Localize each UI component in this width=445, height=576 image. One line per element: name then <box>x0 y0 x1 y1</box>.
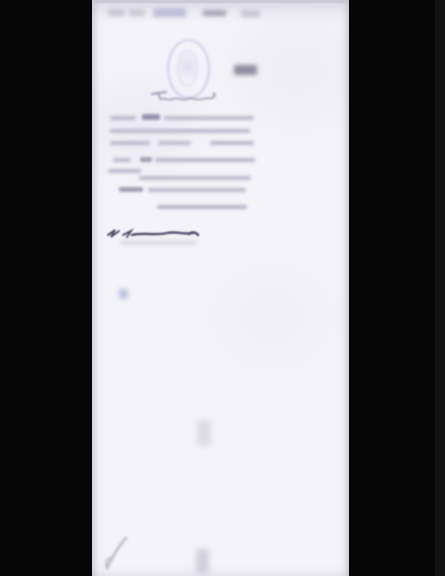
photo-of-document: { "theme": { "backdrop": "#070707", "bac… <box>0 0 445 576</box>
embossed-seal-inner <box>177 50 198 86</box>
script-heading-word <box>158 93 215 100</box>
paragraph-line-3a <box>110 141 150 145</box>
paragraph-line-5 <box>108 169 141 173</box>
script-heading <box>150 88 220 106</box>
faded-header-mark-3 <box>153 8 186 17</box>
pencil-check-stroke <box>107 538 126 568</box>
paragraph-line-1a <box>110 116 136 120</box>
paragraph-line-4b <box>140 157 152 162</box>
paragraph-line-2 <box>110 129 250 133</box>
signature-stroke <box>132 232 193 235</box>
paragraph-line-1c <box>164 116 254 120</box>
faint-smudge-middle <box>197 420 211 446</box>
signature-shadow-line <box>120 241 196 244</box>
faded-header-mark-2 <box>129 9 145 16</box>
faint-smudge-bottom <box>196 549 209 574</box>
paragraph-line-7b <box>148 188 246 192</box>
signature-initials <box>108 230 119 237</box>
paragraph-line-1b <box>142 114 160 120</box>
signature-initials-2 <box>123 231 131 237</box>
paragraph-line-3c <box>210 141 254 145</box>
paragraph-line-6 <box>139 176 251 180</box>
paragraph-line-7a <box>119 187 143 192</box>
paragraph-line-4c <box>155 158 255 162</box>
faded-header-mark-1 <box>108 9 125 16</box>
paragraph-closing-line <box>157 205 247 209</box>
handwritten-signature <box>105 225 201 241</box>
pencil-check-mark <box>102 534 130 572</box>
paragraph-line-4a <box>113 158 131 162</box>
faded-header-mark-5 <box>241 10 260 17</box>
faded-header-mark-4 <box>203 10 226 16</box>
paragraph-line-3b <box>158 141 191 145</box>
backdrop-right-strip <box>435 0 445 576</box>
faint-blue-ink-spot <box>119 289 128 299</box>
signature-end-blob <box>189 232 198 235</box>
handwritten-number-smudge <box>234 65 257 75</box>
page <box>92 0 349 576</box>
